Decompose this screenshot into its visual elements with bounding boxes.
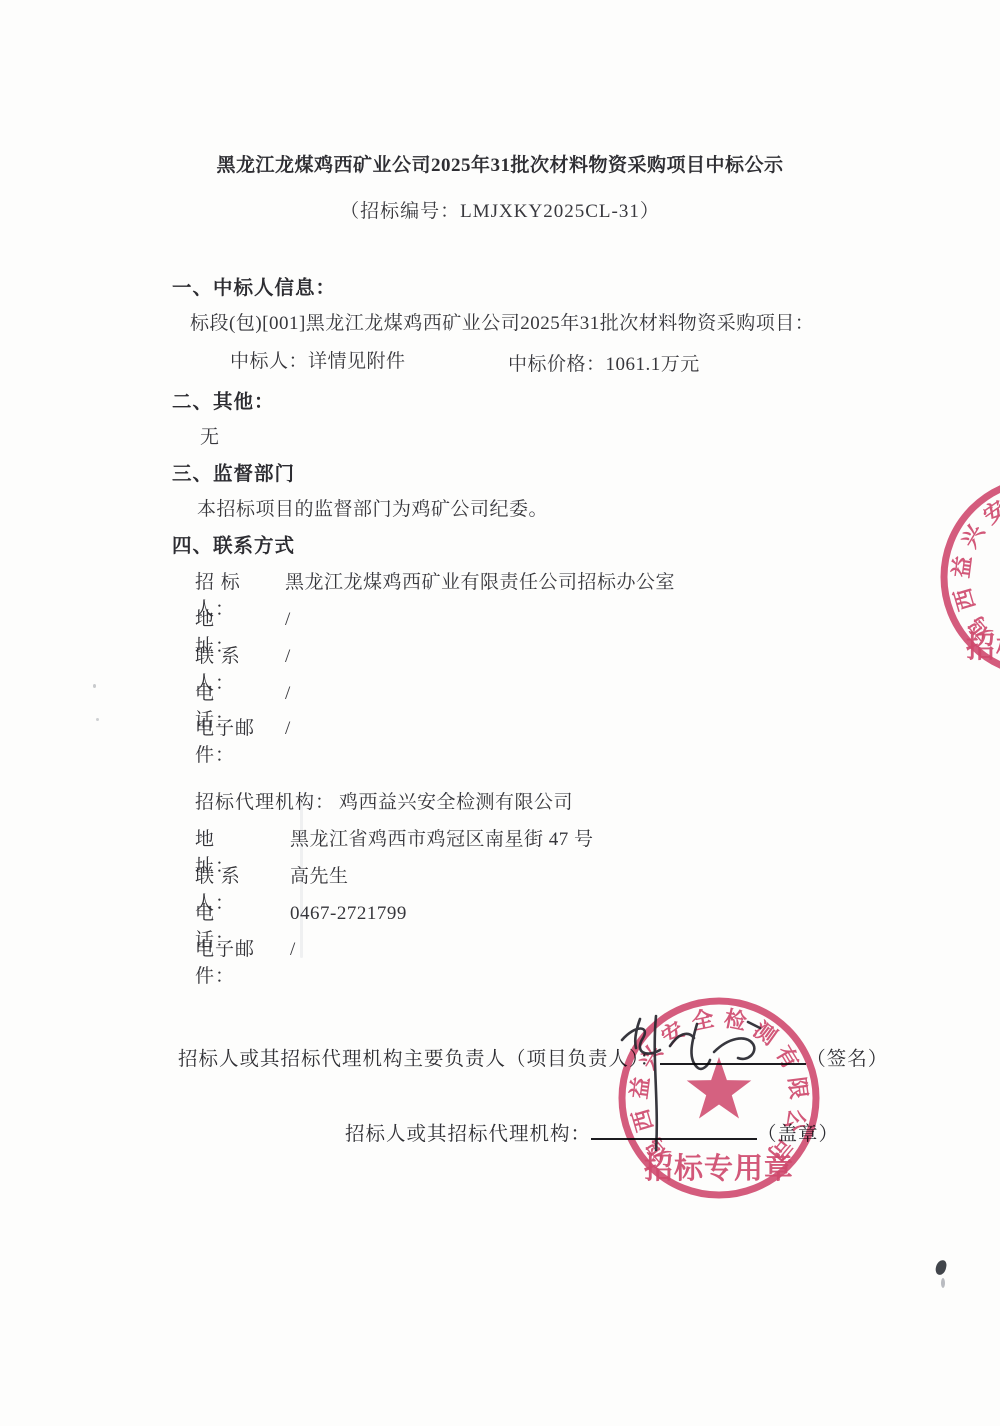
email-label: 电子邮件： (195, 713, 280, 767)
email-value: / (285, 718, 291, 740)
email-value: / (290, 939, 296, 961)
section-3-heading: 三、监督部门 (172, 458, 295, 486)
section-4-heading: 四、联系方式 (172, 530, 295, 558)
tenderer-value: 黑龙江龙煤鸡西矿业有限责任公司招标办公室 (285, 567, 675, 594)
right-edge-partial-seal-stamp (944, 480, 1000, 674)
signature-line2-suffix: （盖章） (757, 1118, 839, 1146)
winner-line: 中标人：详情见附件 (230, 346, 406, 373)
address-value: 黑龙江省鸡西市鸡冠区南星街 47 号 (290, 824, 594, 851)
signature-line1-suffix: （签名） (806, 1043, 888, 1071)
phone-value: 0467-2721799 (290, 903, 407, 925)
winner-value: 详情见附件 (308, 351, 406, 372)
phone-value: / (285, 683, 291, 705)
tender-number-subtitle: （招标编号：LMJXKY2025CL-31） (0, 196, 1000, 223)
section-3-body: 本招标项目的监督部门为鸡矿公司纪委。 (197, 494, 548, 521)
contact-person-value: 高先生 (290, 861, 349, 888)
agency-row: 电子邮件： / (195, 934, 296, 988)
scan-streak-artifact (300, 800, 303, 958)
ink-smudge (935, 1259, 948, 1276)
section-2-body: 无 (200, 422, 220, 449)
signature-blank-line (660, 1044, 806, 1066)
seal-blank-line (591, 1119, 757, 1141)
email-label: 电子邮件： (195, 934, 280, 988)
tenderer-row: 电子邮件： / (195, 713, 291, 767)
price-value: 1061.1万元 (606, 354, 700, 375)
scanned-document-page: 黑龙江龙煤鸡西矿业公司2025年31批次材料物资采购项目中标公示 （招标编号：L… (0, 0, 1000, 1426)
agency-row: 招标代理机构： 鸡西益兴安全检测有限公司 (195, 787, 573, 814)
signature-line2-label: 招标人或其招标代理机构： (345, 1118, 591, 1146)
agency-value: 鸡西益兴安全检测有限公司 (339, 787, 573, 814)
lot-line: 标段(包)[001]黑龙江龙煤鸡西矿业公司2025年31批次材料物资采购项目： (190, 308, 814, 335)
signature-line1-label: 招标人或其招标代理机构主要负责人（项目负责人）： (178, 1043, 660, 1071)
scan-speck (93, 684, 96, 688)
contact-person-value: / (285, 646, 291, 668)
agency-label: 招标代理机构： (195, 787, 335, 814)
responsible-person-signature-line: 招标人或其招标代理机构主要负责人（项目负责人）： （签名） (178, 1043, 888, 1071)
section-1-heading: 一、中标人信息： (172, 272, 336, 300)
ink-smudge (941, 1278, 945, 1288)
section-2-heading: 二、其他： (172, 386, 275, 414)
agency-seal-line: 招标人或其招标代理机构： （盖章） (345, 1118, 839, 1146)
scan-speck (96, 718, 99, 721)
winner-label: 中标人： (230, 351, 308, 372)
address-value: / (285, 609, 291, 631)
document-title: 黑龙江龙煤鸡西矿业公司2025年31批次材料物资采购项目中标公示 (0, 150, 1000, 177)
bottom-seal-stamp (622, 1001, 816, 1195)
price-line: 中标价格：1061.1万元 (508, 349, 700, 376)
price-label: 中标价格： (508, 354, 606, 375)
